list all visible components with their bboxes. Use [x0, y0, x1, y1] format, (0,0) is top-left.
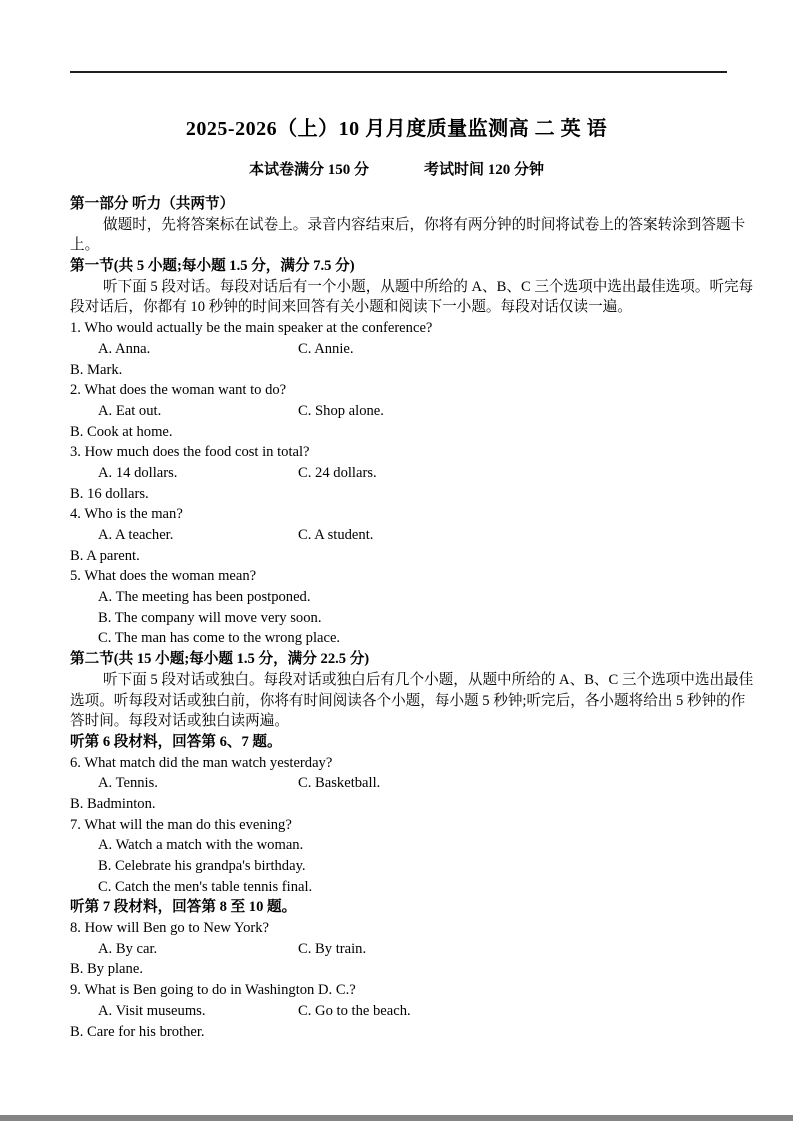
question-8-option-a: A. By car.: [98, 939, 157, 960]
question-8-stem: 8. How will Ben go to New York?: [70, 918, 730, 939]
question-6-option-b: B. Badminton.: [70, 794, 730, 815]
header-divider-rule: [70, 71, 727, 73]
section1-instructions-line2: 段对话后，你都有 10 秒钟的时间来回答有关小题和阅读下一小题。每段对话仅读一遍…: [70, 297, 730, 318]
question-1-option-b: B. Mark.: [70, 360, 730, 381]
question-2-option-c: C. Shop alone.: [298, 401, 384, 422]
question-5-option-b: B. The company will move very soon.: [70, 608, 730, 629]
exam-meta-row: 本试卷满分 150 分考试时间 120 分钟: [0, 158, 793, 179]
question-2-option-a: A. Eat out.: [98, 401, 161, 422]
question-7-option-a: A. Watch a match with the woman.: [70, 835, 730, 856]
question-4-option-a: A. A teacher.: [98, 525, 173, 546]
question-7-stem: 7. What will the man do this evening?: [70, 815, 730, 836]
question-7-option-b: B. Celebrate his grandpa's birthday.: [70, 856, 730, 877]
question-2-option-b: B. Cook at home.: [70, 422, 730, 443]
question-3-option-b: B. 16 dollars.: [70, 484, 730, 505]
question-8-options-row: A. By car. C. By train.: [70, 939, 730, 960]
question-9-option-c: C. Go to the beach.: [298, 1001, 411, 1022]
question-4-options-row: A. A teacher. C. A student.: [70, 525, 730, 546]
question-1-stem: 1. Who would actually be the main speake…: [70, 318, 730, 339]
part1-heading: 第一部分 听力（共两节）: [70, 194, 730, 215]
material6-heading: 听第 6 段材料，回答第 6、7 题。: [70, 732, 730, 753]
question-5-option-a: A. The meeting has been postponed.: [70, 587, 730, 608]
question-1-options-row: A. Anna. C. Annie.: [70, 339, 730, 360]
question-2-options-row: A. Eat out. C. Shop alone.: [70, 401, 730, 422]
question-8-option-b: B. By plane.: [70, 959, 730, 980]
question-3-options-row: A. 14 dollars. C. 24 dollars.: [70, 463, 730, 484]
question-9-option-b: B. Care for his brother.: [70, 1022, 730, 1043]
part1-instructions-line2: 上。: [70, 235, 730, 256]
section1-instructions-line1: 听下面 5 段对话。每段对话后有一个小题，从题中所给的 A、B、C 三个选项中选…: [70, 277, 730, 298]
question-2-stem: 2. What does the woman want to do?: [70, 380, 730, 401]
question-6-option-a: A. Tennis.: [98, 773, 158, 794]
question-4-stem: 4. Who is the man?: [70, 504, 730, 525]
section2-instructions-line1: 听下面 5 段对话或独白。每段对话或独白后有几个小题，从题中所给的 A、B、C …: [70, 670, 730, 691]
question-3-option-a: A. 14 dollars.: [98, 463, 177, 484]
question-1-option-a: A. Anna.: [98, 339, 150, 360]
exam-duration-label: 考试时间 120 分钟: [424, 162, 544, 178]
section1-heading: 第一节(共 5 小题;每小题 1.5 分，满分 7.5 分): [70, 256, 730, 277]
question-9-options-row: A. Visit museums. C. Go to the beach.: [70, 1001, 730, 1022]
question-4-option-b: B. A parent.: [70, 546, 730, 567]
question-6-stem: 6. What match did the man watch yesterda…: [70, 753, 730, 774]
exam-paper-page: 2025-2026（上）10 月月度质量监测高 二 英 语 本试卷满分 150 …: [0, 0, 793, 1122]
question-3-option-c: C. 24 dollars.: [298, 463, 377, 484]
page-bottom-edge-rule: [0, 1115, 793, 1121]
section2-instructions-line3: 答时间。每段对话或独白读两遍。: [70, 711, 730, 732]
part1-instructions-line1: 做题时，先将答案标在试卷上。录音内容结束后，你将有两分钟的时间将试卷上的答案转涂…: [70, 215, 730, 236]
question-7-option-c: C. Catch the men's table tennis final.: [70, 877, 730, 898]
exam-title: 2025-2026（上）10 月月度质量监测高 二 英 语: [0, 112, 793, 141]
question-5-stem: 5. What does the woman mean?: [70, 566, 730, 587]
question-4-option-c: C. A student.: [298, 525, 373, 546]
question-8-option-c: C. By train.: [298, 939, 366, 960]
section2-instructions-line2: 选项。听每段对话或独白前，你将有时间阅读各个小题，每小题 5 秒钟;听完后，各小…: [70, 691, 730, 712]
question-3-stem: 3. How much does the food cost in total?: [70, 442, 730, 463]
question-5-option-c: C. The man has come to the wrong place.: [70, 628, 730, 649]
question-9-option-a: A. Visit museums.: [98, 1001, 206, 1022]
question-6-option-c: C. Basketball.: [298, 773, 380, 794]
exam-body: 第一部分 听力（共两节） 做题时，先将答案标在试卷上。录音内容结束后，你将有两分…: [70, 194, 730, 1042]
question-9-stem: 9. What is Ben going to do in Washington…: [70, 980, 730, 1001]
question-6-options-row: A. Tennis. C. Basketball.: [70, 773, 730, 794]
full-score-label: 本试卷满分 150 分: [249, 162, 369, 178]
question-1-option-c: C. Annie.: [298, 339, 354, 360]
material7-heading: 听第 7 段材料，回答第 8 至 10 题。: [70, 897, 730, 918]
section2-heading: 第二节(共 15 小题;每小题 1.5 分，满分 22.5 分): [70, 649, 730, 670]
